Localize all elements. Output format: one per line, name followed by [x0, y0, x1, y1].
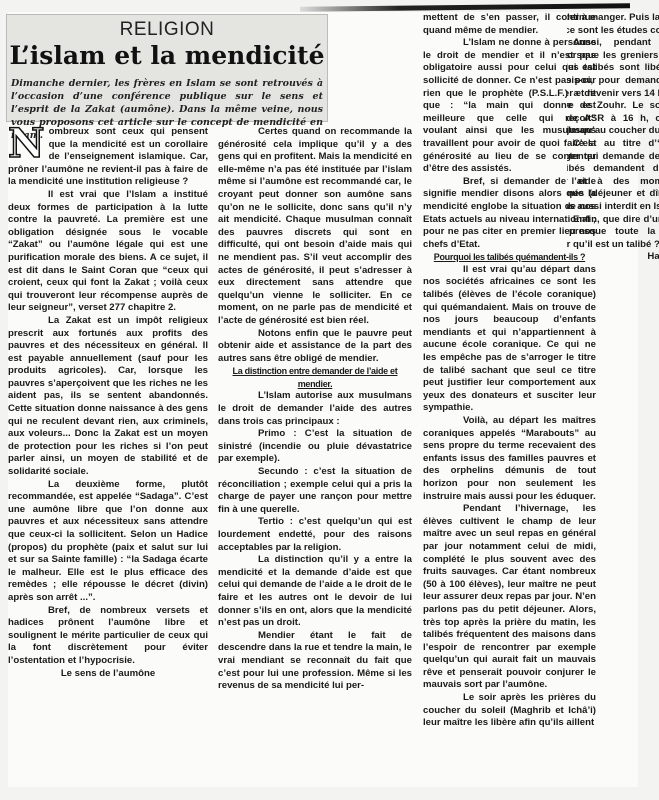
paragraph: Il est vrai que l’Islam a institué deux … [8, 189, 208, 315]
paragraph: Enfin, que dire d’un enfant qui passe pr… [567, 214, 659, 252]
paragraph: Notons enfin que le pauvre peut obtenir … [218, 328, 412, 366]
drop-cap: N [8, 126, 45, 162]
paragraph: Mendier étant le fait de descendre dans … [218, 630, 412, 693]
column-4-cropped: demander à manger. Puis la nuit autour d… [567, 12, 659, 432]
column-2: Certes quand on recommande la générosité… [218, 126, 412, 693]
article-title: L’islam et la mendicité [7, 41, 327, 70]
subheading: La distinction entre demander de l’aide … [218, 365, 412, 390]
paragraph: Pendant l’hivernage, les élèves cultiven… [423, 503, 596, 692]
paragraph: La Zakat est un impôt religieux prescrit… [8, 315, 208, 479]
paragraph: Aussi, pendant la saison sèche lorsque l… [567, 37, 659, 138]
paragraph: Primo : C’est la situation de sinistré (… [218, 428, 412, 466]
paragraph: Le soir après les prières du coucher du … [423, 692, 596, 730]
paragraph: La distinction qu’il y a entre la mendic… [218, 554, 412, 630]
column-1: Nombreux sont ceux qui pensent que la me… [8, 126, 208, 680]
paragraph: Certes quand on recommande la générosité… [218, 126, 412, 328]
paragraph: Tertio : c’est quelqu’un qui est lourdem… [218, 516, 412, 554]
paragraph: Bref, de nombreux versets et hadices prô… [8, 605, 208, 668]
paragraph: Secundo : c’est la situation de réconcil… [218, 466, 412, 516]
paragraph: La deuxième forme, plutôt recommandée, e… [8, 479, 208, 605]
paragraph: demander à manger. Puis la nuit autour d… [567, 12, 659, 37]
column-4: demander à manger. Puis la nuit autour d… [567, 12, 659, 264]
section-label: RELIGION [7, 19, 327, 41]
paragraph: C’est au titre d’“Al gharib” (l’étranger… [567, 138, 659, 214]
article-header: RELIGION L’islam et la mendicité Dimanch… [6, 14, 328, 122]
paragraph: L’Islam autorise aux musulmans le droit … [218, 390, 412, 428]
author-signature: Hamadi BARO [567, 251, 659, 264]
page-edge-shadow [300, 3, 630, 11]
subheading: Le sens de l’aumône [8, 668, 208, 681]
